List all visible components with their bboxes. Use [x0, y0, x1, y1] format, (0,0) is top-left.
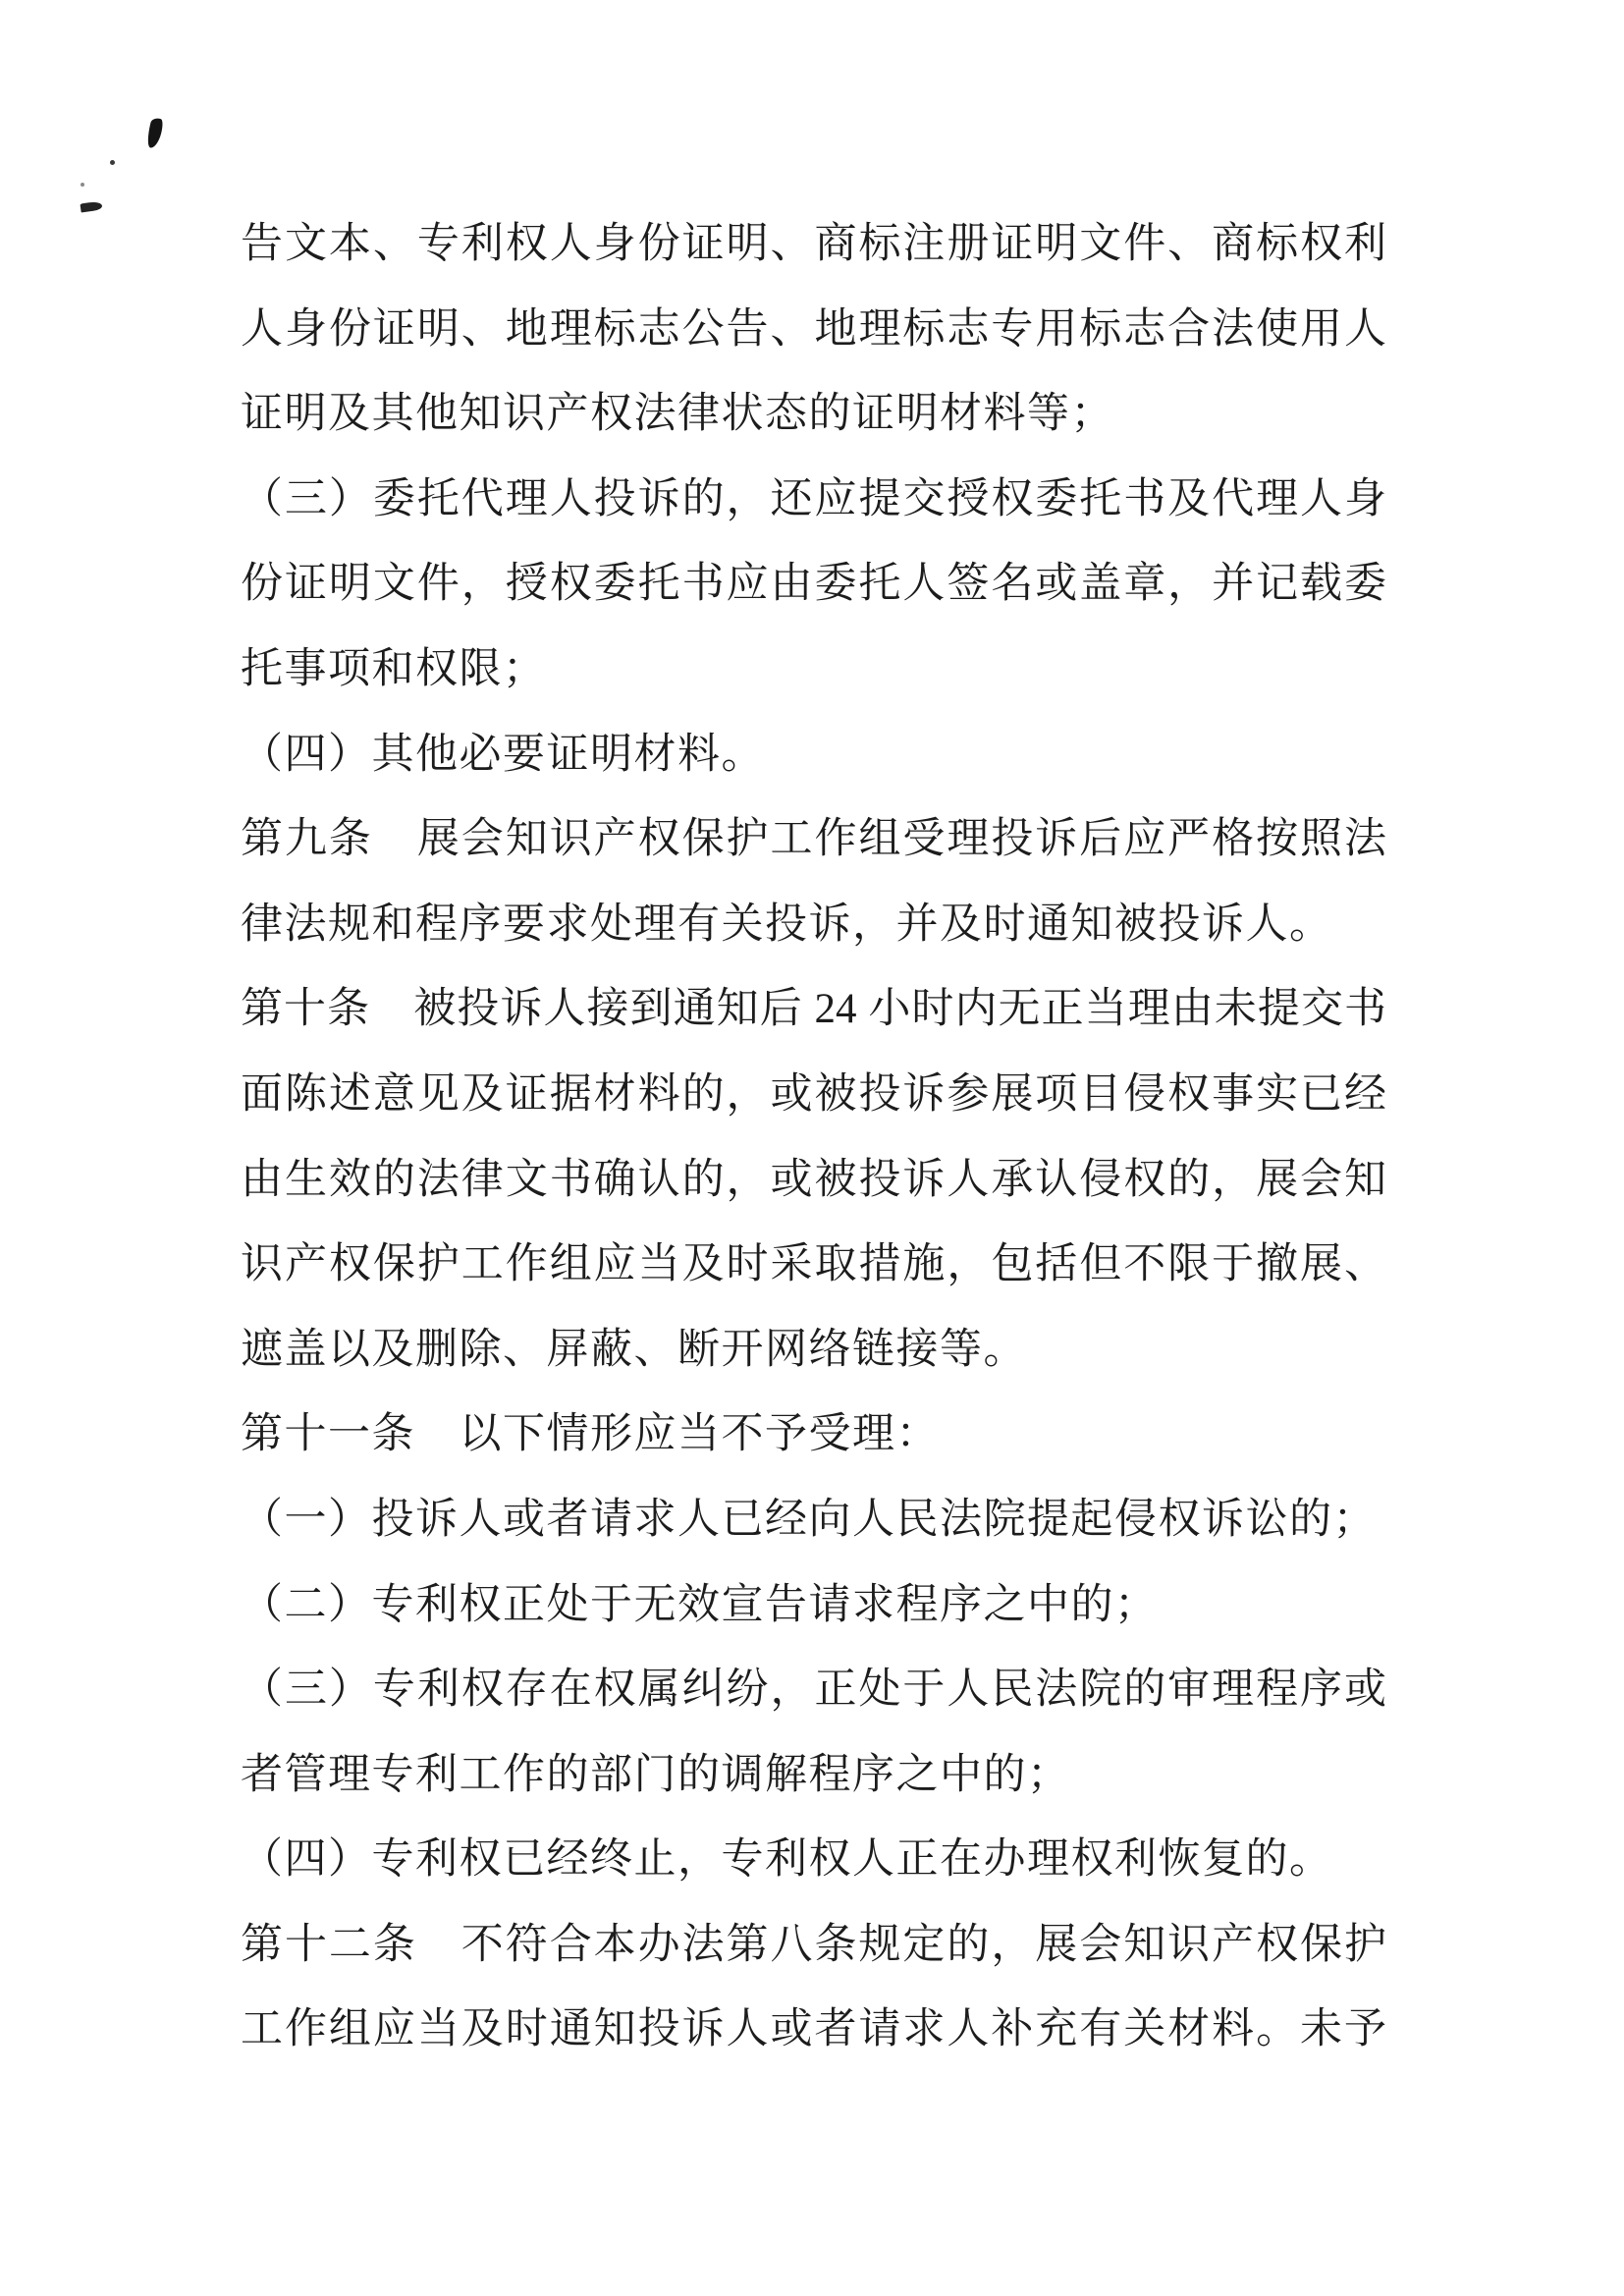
text-line: （三）委托代理人投诉的，还应提交授权委托书及代理人身 — [241, 458, 1386, 543]
text-line: 证明及其他知识产权法律状态的证明材料等； — [241, 372, 1386, 458]
text-line: 律法规和程序要求处理有关投诉，并及时通知被投诉人。 — [241, 883, 1386, 968]
ink-dot-small-mark — [81, 183, 84, 187]
text-line: 第十二条 不符合本办法第八条规定的，展会知识产权保护 — [241, 1903, 1386, 1989]
text-line: 者管理专利工作的部门的调解程序之中的； — [241, 1733, 1386, 1819]
text-line: 面陈述意见及证据材料的，或被投诉参展项目侵权事实已经 — [241, 1053, 1386, 1138]
text-line: 份证明文件，授权委托书应由委托人签名或盖章，并记载委 — [241, 542, 1386, 628]
text-line: 第九条 展会知识产权保护工作组受理投诉后应严格按照法 — [241, 797, 1386, 883]
text-line: 第十一条 以下情形应当不予受理： — [241, 1393, 1386, 1478]
text-line: 由生效的法律文书确认的，或被投诉人承认侵权的，展会知 — [241, 1138, 1386, 1224]
scanned-document-page: 告文本、专利权人身份证明、商标注册证明文件、商标权利 人身份证明、地理标志公告、… — [0, 0, 1624, 2296]
text-line: （四）其他必要证明材料。 — [241, 713, 1386, 798]
text-line: （二）专利权正处于无效宣告请求程序之中的； — [241, 1563, 1386, 1649]
ink-dash-mark — [80, 201, 102, 213]
text-line: 工作组应当及时通知投诉人或者请求人补充有关材料。未予 — [241, 1988, 1386, 2073]
text-line: 遮盖以及删除、屏蔽、断开网络链接等。 — [241, 1308, 1386, 1394]
text-line: 识产权保护工作组应当及时采取措施，包括但不限于撤展、 — [241, 1223, 1386, 1308]
document-text-block: 告文本、专利权人身份证明、商标注册证明文件、商标权利 人身份证明、地理标志公告、… — [241, 202, 1386, 2073]
text-line: （一）投诉人或者请求人已经向人民法院提起侵权诉讼的； — [241, 1478, 1386, 1563]
ink-blot-mark — [144, 117, 164, 149]
text-line: 人身份证明、地理标志公告、地理标志专用标志合法使用人 — [241, 288, 1386, 373]
text-line: （三）专利权存在权属纠纷，正处于人民法院的审理程序或 — [241, 1648, 1386, 1733]
ink-dot-mark — [110, 160, 115, 165]
text-line: 第十条 被投诉人接到通知后 24 小时内无正当理由未提交书 — [241, 967, 1386, 1053]
text-line: 托事项和权限； — [241, 628, 1386, 713]
text-line: 告文本、专利权人身份证明、商标注册证明文件、商标权利 — [241, 202, 1386, 288]
text-line: （四）专利权已经终止，专利权人正在办理权利恢复的。 — [241, 1818, 1386, 1903]
